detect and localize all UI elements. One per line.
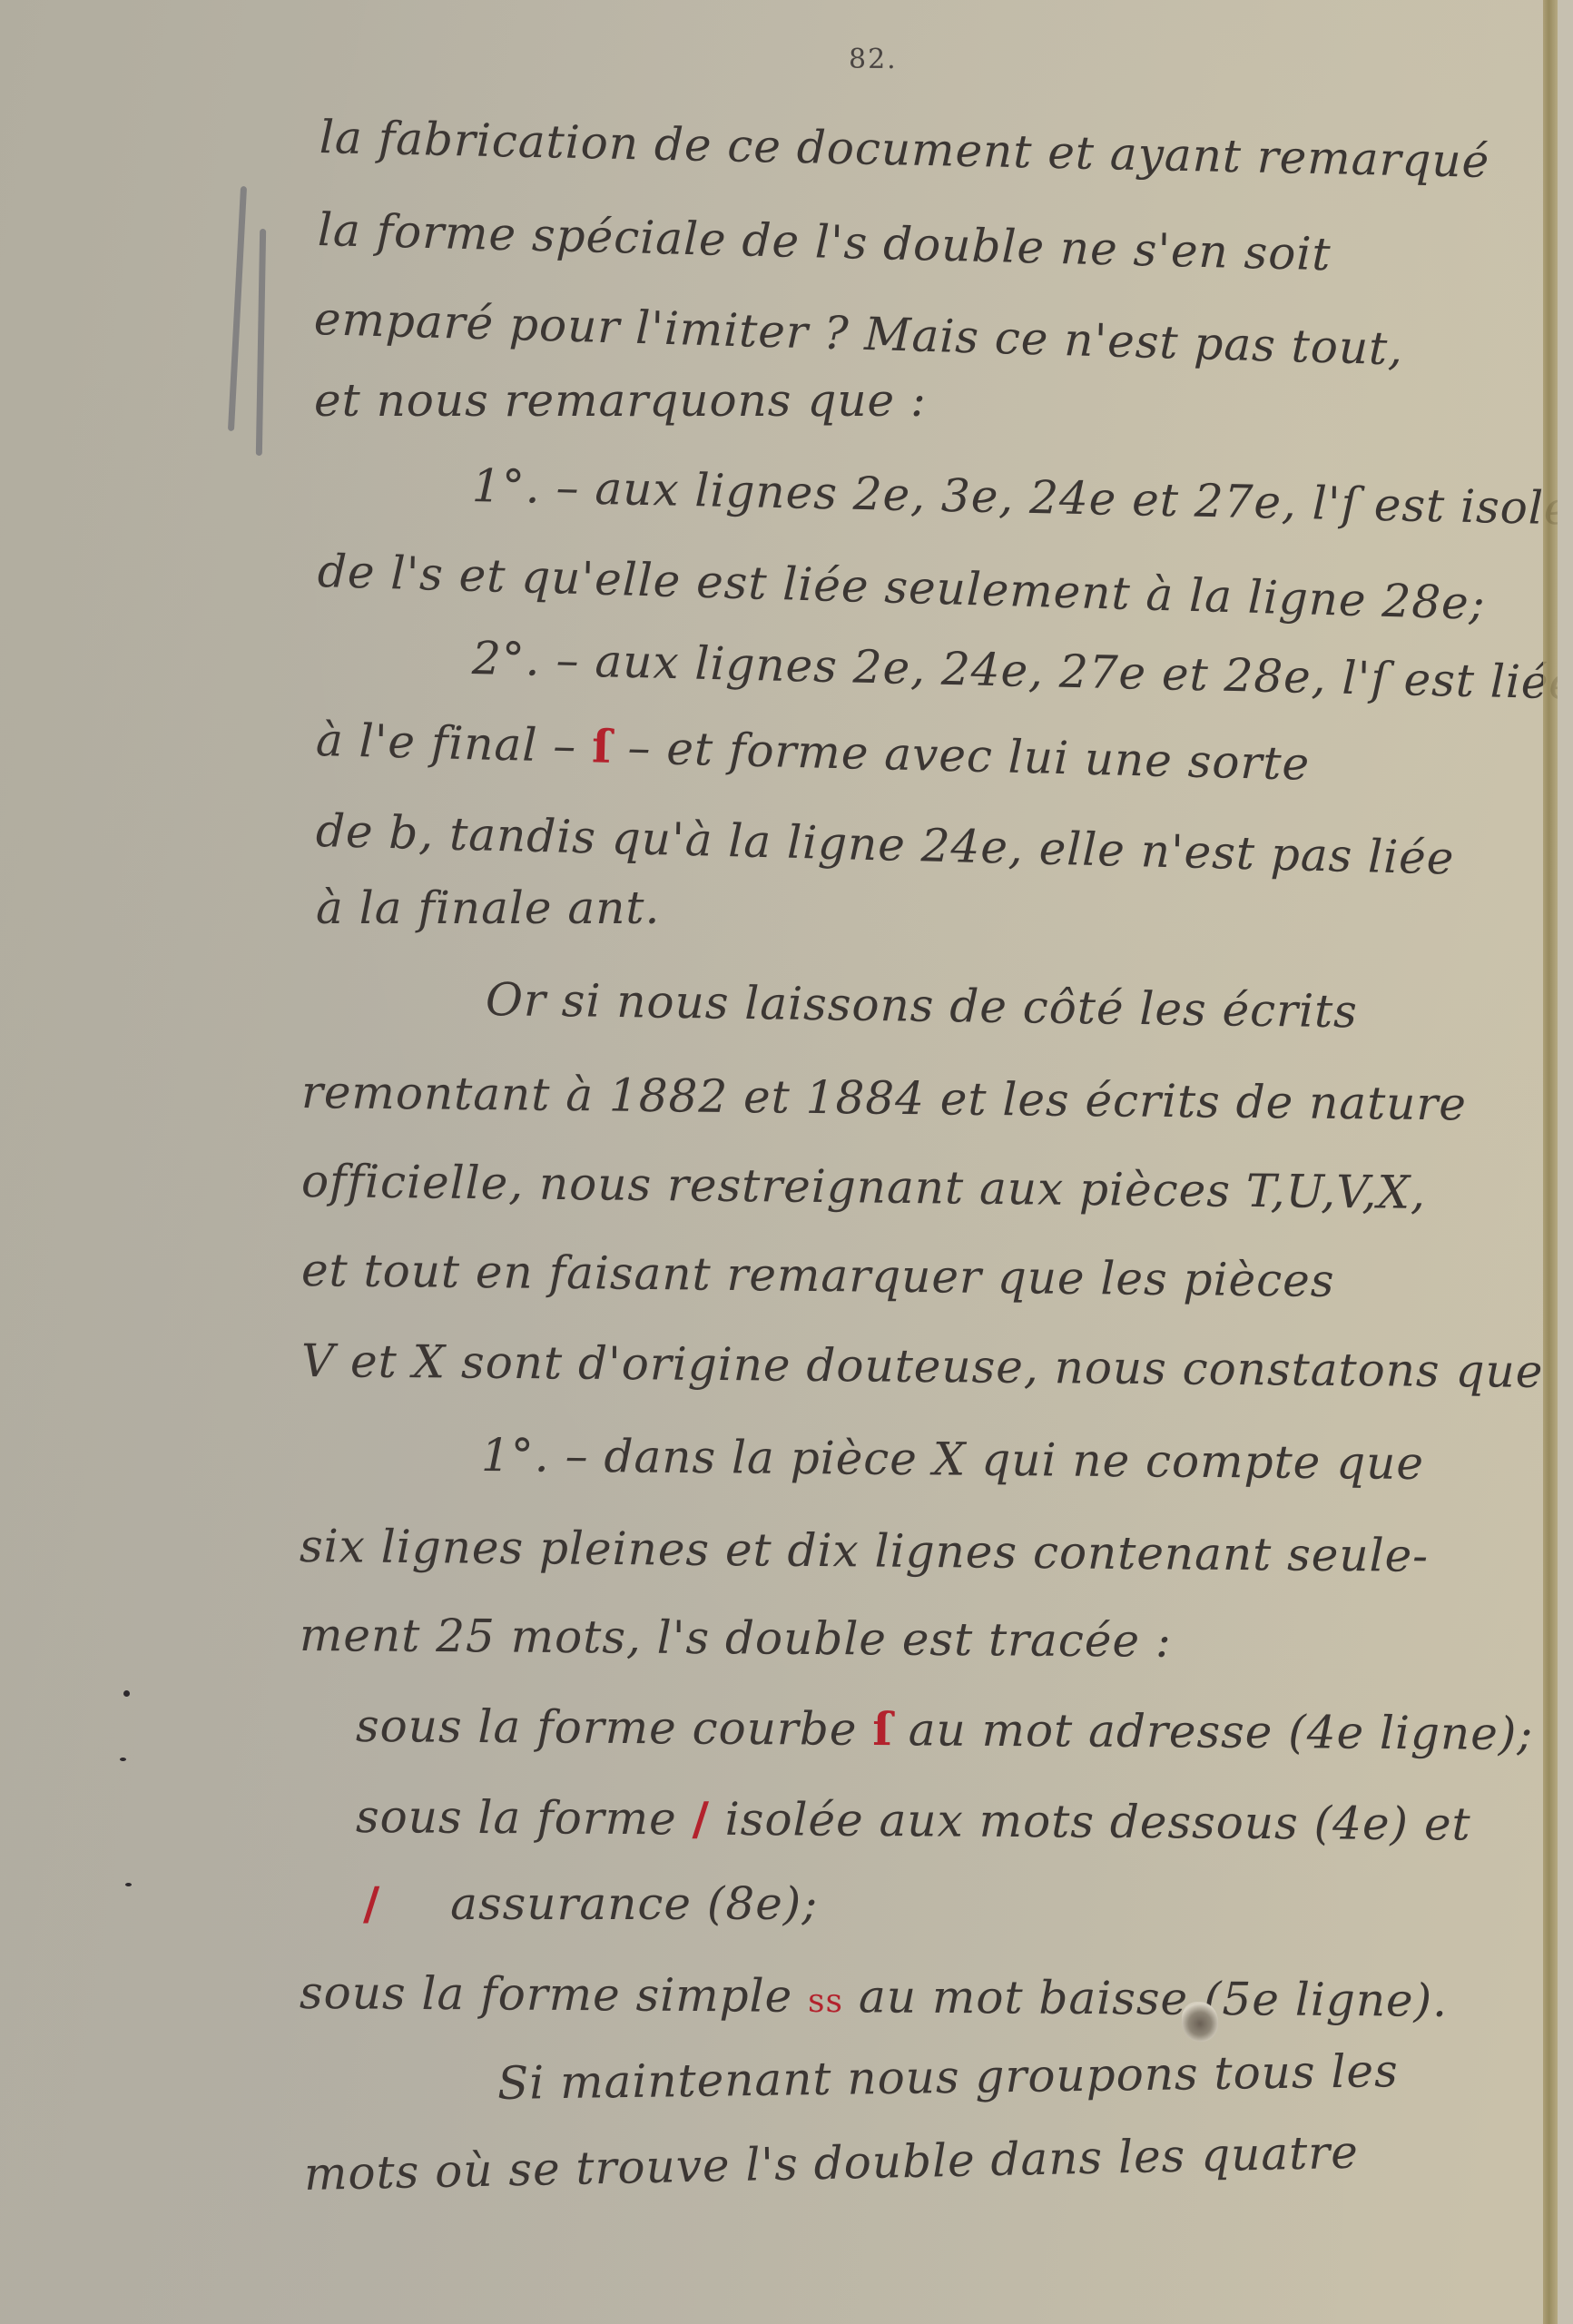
text-line: sous la forme / isolée aux mots dessous … — [356, 1794, 1471, 1847]
text-segment: assurance (8e); — [450, 1877, 818, 1930]
text-line: sous la forme simple ss au mot baisse (5… — [300, 1970, 1448, 2024]
red-ink-double-s-glyph: ss — [808, 1983, 843, 2020]
pencil-margin-mark — [256, 229, 266, 456]
text-line: de l's et qu'elle est liée seulement à l… — [317, 548, 1486, 626]
text-line: 1°. – aux lignes 2e, 3e, 24e et 27e, l'ſ… — [471, 463, 1573, 532]
text-line: à la finale ant. — [316, 885, 660, 931]
text-line: V et X sont d'origine douteuse, nous con… — [301, 1338, 1573, 1394]
text-segment: isolée aux mots dessous (4e) et — [725, 1793, 1471, 1851]
book-binding-edge — [1543, 0, 1558, 2324]
text-line: officielle, nous restreignant aux pièces… — [301, 1158, 1426, 1216]
text-segment: au mot adresse (4e ligne); — [909, 1703, 1534, 1760]
text-line: la forme spéciale de l's double ne s'en … — [317, 207, 1332, 277]
text-segment: au mot baisse (5e ligne). — [859, 1970, 1448, 2027]
text-line: la fabrication de ce document et ayant r… — [319, 114, 1489, 184]
text-line: 2°. – aux lignes 2e, 24e, 27e et 28e, l'… — [471, 635, 1573, 706]
red-ink-s-glyph: ſ — [591, 719, 613, 773]
margin-ink-dot — [120, 1758, 126, 1761]
text-segment: sous la forme — [356, 1790, 677, 1845]
text-line: emparé pour l'imiter ? Mais ce n'est pas… — [313, 296, 1404, 372]
text-line: Or si nous laissons de côté les écrits — [486, 977, 1359, 1034]
text-line: et tout en faisant remarquer que les piè… — [301, 1247, 1335, 1304]
red-ink-long-s-glyph: / — [363, 1876, 380, 1930]
paper-damage-spot — [1182, 2002, 1218, 2042]
page-number: 82. — [849, 44, 898, 75]
text-segment: sous la forme simple — [300, 1966, 793, 2023]
text-line: sous la forme courbe ſ au mot adresse (4… — [356, 1703, 1534, 1757]
text-line: Si maintenant nous groupons tous les — [497, 2048, 1399, 2106]
text-line: 1°. – dans la pièce X qui ne compte que — [481, 1433, 1424, 1486]
text-line: à l'e final – ſ – et forme avec lui une … — [315, 717, 1310, 787]
text-line: mots où se trouve l's double dans les qu… — [303, 2130, 1359, 2197]
text-line: ment 25 mots, l's double est tracée : — [300, 1612, 1172, 1664]
text-line: six lignes pleines et dix lignes contena… — [300, 1523, 1430, 1579]
red-ink-long-s-glyph: / — [692, 1792, 710, 1846]
text-line: / assurance (8e); — [363, 1881, 818, 1926]
margin-ink-dot — [125, 1883, 132, 1886]
text-line: et nous remarquons que : — [314, 378, 927, 423]
text-line: de b, tandis qu'à la ligne 24e, elle n'e… — [315, 808, 1455, 881]
margin-ink-dot — [123, 1690, 130, 1697]
text-line: remontant à 1882 et 1884 et les écrits d… — [301, 1069, 1467, 1127]
text-segment: sous la forme courbe — [356, 1699, 858, 1756]
manuscript-page: 82. la fabrication de ce document et aya… — [0, 0, 1548, 2324]
red-ink-curved-s-glyph: ſ — [872, 1702, 893, 1756]
text-segment: à l'e final – — [315, 714, 577, 773]
pencil-margin-mark — [228, 186, 247, 431]
text-segment: – et forme avec lui une sorte — [627, 721, 1311, 790]
facing-page-edge — [1558, 0, 1573, 2324]
